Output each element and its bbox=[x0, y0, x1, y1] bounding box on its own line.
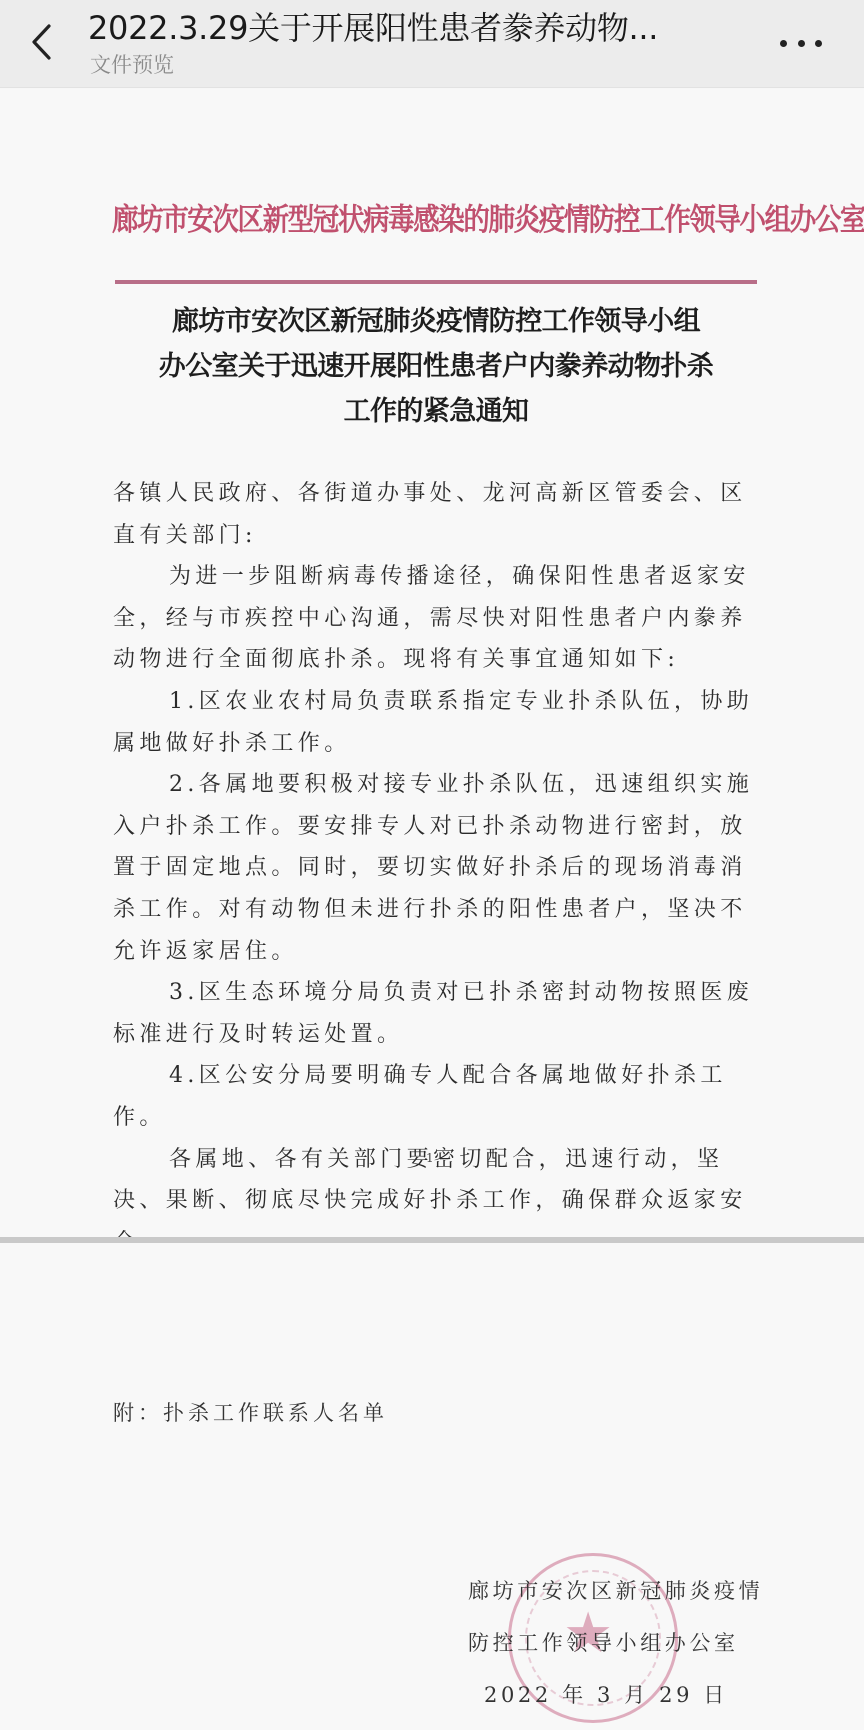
title-line: 工作的紧急通知 bbox=[112, 389, 760, 434]
more-horizontal-icon bbox=[798, 40, 805, 47]
document-body: 各镇人民政府、各街道办事处、龙河高新区管委会、区直有关部门: 为进一步阻断病毒传… bbox=[113, 473, 758, 1263]
file-preview-label: 文件预览 bbox=[90, 50, 174, 80]
app-header: 2022.3.29关于开展阳性患者豢养动物... 文件预览 bbox=[0, 0, 864, 88]
more-horizontal-icon bbox=[815, 40, 822, 47]
salutation: 各镇人民政府、各街道办事处、龙河高新区管委会、区直有关部门: bbox=[113, 473, 758, 556]
paragraph: 2.各属地要积极对接专业扑杀队伍，迅速组织实施入户扑杀工作。要安排专人对已扑杀动… bbox=[113, 764, 758, 972]
page-number: 1 bbox=[426, 1151, 434, 1165]
title-line: 廊坊市安次区新冠肺炎疫情防控工作领导小组 bbox=[112, 299, 760, 344]
paragraph: 1.区农业农村局负责联系指定专业扑杀队伍，协助属地做好扑杀工作。 bbox=[113, 681, 758, 764]
paragraph: 3.区生态环境分局负责对已扑杀密封动物按照医废标准进行及时转运处置。 bbox=[113, 972, 758, 1055]
chevron-left-icon bbox=[22, 18, 62, 66]
paragraph: 4.区公安分局要明确专人配合各属地做好扑杀工作。 bbox=[113, 1055, 758, 1138]
signature-block: 廊坊市安次区新冠肺炎疫情 防控工作领导小组办公室 2022 年 3 月 29 日 bbox=[468, 1565, 768, 1721]
paragraph: 为进一步阻断病毒传播途径，确保阳性患者返家安全，经与市疾控中心沟通，需尽快对阳性… bbox=[113, 556, 758, 681]
more-horizontal-icon bbox=[780, 40, 787, 47]
file-title: 2022.3.29关于开展阳性患者豢养动物... bbox=[88, 6, 658, 50]
signature-line: 廊坊市安次区新冠肺炎疫情 bbox=[468, 1565, 768, 1617]
attachment-note: 附：扑杀工作联系人名单 bbox=[113, 1398, 388, 1428]
title-line: 办公室关于迅速开展阳性患者户内豢养动物扑杀 bbox=[112, 344, 760, 389]
back-button[interactable] bbox=[22, 18, 62, 66]
red-divider bbox=[115, 280, 757, 284]
signature-line: 防控工作领导小组办公室 bbox=[468, 1617, 768, 1669]
document-page-1[interactable]: 廊坊市安次区新型冠状病毒感染的肺炎疫情防控工作领导小组办公室 廊坊市安次区新冠肺… bbox=[0, 89, 864, 1239]
signature-date: 2022 年 3 月 29 日 bbox=[468, 1669, 768, 1721]
document-title: 廊坊市安次区新冠肺炎疫情防控工作领导小组 办公室关于迅速开展阳性患者户内豢养动物… bbox=[112, 299, 760, 434]
document-page-2[interactable]: 附：扑杀工作联系人名单 ★ 廊坊市安次区新冠肺炎疫情 防控工作领导小组办公室 2… bbox=[0, 1243, 864, 1730]
issuing-office-header: 廊坊市安次区新型冠状病毒感染的肺炎疫情防控工作领导小组办公室 bbox=[112, 198, 760, 244]
more-options-button[interactable] bbox=[776, 28, 826, 58]
